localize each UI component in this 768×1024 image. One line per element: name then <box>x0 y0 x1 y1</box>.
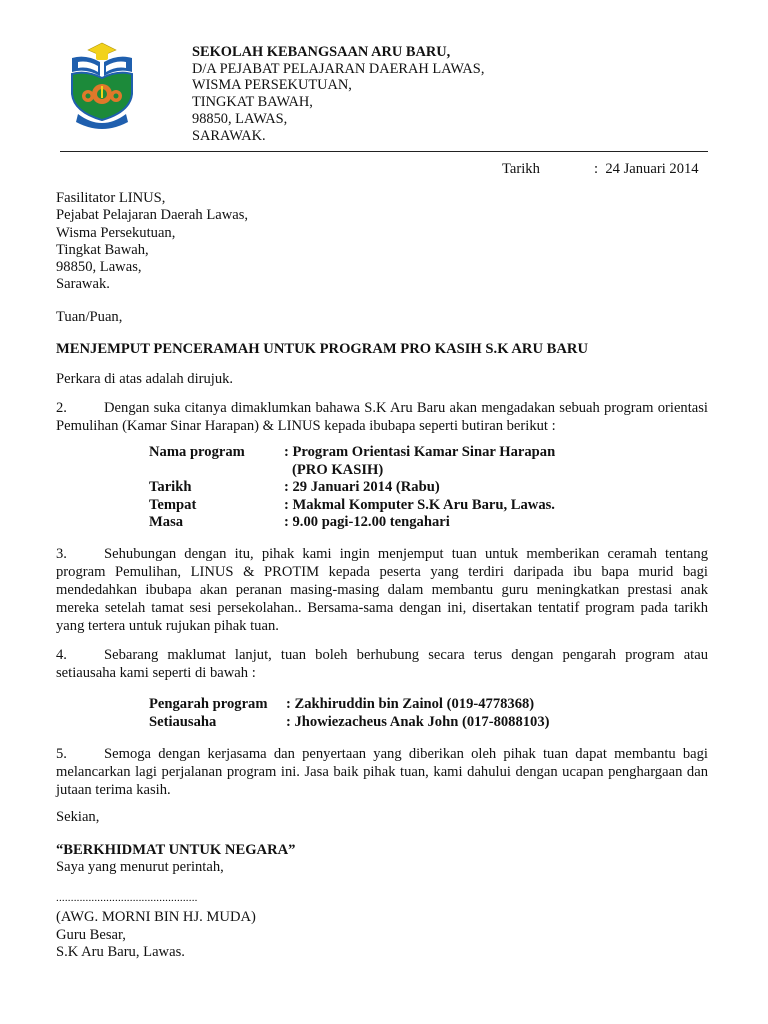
detail-value: : 9.00 pagi-12.00 tengahari <box>284 514 450 532</box>
letterhead-line: TINGKAT BAWAH, <box>192 94 484 111</box>
signatory-school: S.K Aru Baru, Lawas. <box>56 944 185 961</box>
detail-label: Nama program <box>149 444 284 462</box>
contact-row: Setiausaha : Jhowiezacheus Anak John (01… <box>149 714 550 732</box>
recipient-line: Fasilitator LINUS, <box>56 190 248 207</box>
detail-label: Tarikh <box>149 479 284 497</box>
letterhead-line: D/A PEJABAT PELAJARAN DAERAH LAWAS, <box>192 61 484 78</box>
signature-line: ........................................… <box>56 890 198 907</box>
contact-label: Setiausaha <box>149 714 286 732</box>
school-crest-icon <box>66 38 138 130</box>
detail-row: Tempat : Makmal Komputer S.K Aru Baru, L… <box>149 497 555 515</box>
detail-label: Tempat <box>149 497 284 515</box>
paragraph-number: 3. <box>56 545 104 563</box>
school-name: SEKOLAH KEBANGSAAN ARU BARU, <box>192 44 484 61</box>
paragraph-number: 5. <box>56 745 104 763</box>
paragraph-5: 5.Semoga dengan kerjasama dan penyertaan… <box>56 745 708 799</box>
contact-value: : Jhowiezacheus Anak John (017-8088103) <box>286 714 550 732</box>
recipient-line: 98850, Lawas, <box>56 259 248 276</box>
contact-label: Pengarah program <box>149 696 286 714</box>
signatory-position: Guru Besar, <box>56 927 126 944</box>
paragraph-4: 4.Sebarang maklumat lanjut, tuan boleh b… <box>56 646 708 682</box>
closing-sekian: Sekian, <box>56 809 99 826</box>
header-divider <box>60 151 708 152</box>
date-separator: : <box>594 161 598 177</box>
paragraph-text: Sebarang maklumat lanjut, tuan boleh ber… <box>56 647 708 681</box>
detail-value: : Program Orientasi Kamar Sinar Harapan <box>284 444 555 462</box>
reference-line: Perkara di atas adalah dirujuk. <box>56 370 708 388</box>
recipient-line: Wisma Persekutuan, <box>56 225 248 242</box>
letterhead-line: 98850, LAWAS, <box>192 111 484 128</box>
detail-row: Masa : 9.00 pagi-12.00 tengahari <box>149 514 555 532</box>
recipient-line: Pejabat Pelajaran Daerah Lawas, <box>56 207 248 224</box>
recipient-address: Fasilitator LINUS, Pejabat Pelajaran Dae… <box>56 190 248 294</box>
detail-label: Masa <box>149 514 284 532</box>
paragraph-text: Sehubungan dengan itu, pihak kami ingin … <box>56 546 708 634</box>
letterhead-line: WISMA PERSEKUTUAN, <box>192 77 484 94</box>
detail-continuation: (PRO KASIH) <box>149 462 555 480</box>
detail-value: (PRO KASIH) <box>292 462 383 480</box>
program-details: Nama program : Program Orientasi Kamar S… <box>149 444 555 532</box>
detail-value: : 29 Januari 2014 (Rabu) <box>284 479 440 497</box>
detail-row: Tarikh : 29 Januari 2014 (Rabu) <box>149 479 555 497</box>
paragraph-text: Semoga dengan kerjasama dan penyertaan y… <box>56 746 708 798</box>
paragraph-number: 2. <box>56 399 104 417</box>
paragraph-text: Dengan suka citanya dimaklumkan bahawa S… <box>56 400 708 434</box>
closing-obedient: Saya yang menurut perintah, <box>56 859 224 876</box>
recipient-line: Tingkat Bawah, <box>56 242 248 259</box>
recipient-line: Sarawak. <box>56 276 248 293</box>
letter-subject: MENJEMPUT PENCERAMAH UNTUK PROGRAM PRO K… <box>56 341 588 358</box>
signatory-name: (AWG. MORNI BIN HJ. MUDA) <box>56 909 256 926</box>
contact-value: : Zakhiruddin bin Zainol (019-4778368) <box>286 696 534 714</box>
contact-details: Pengarah program : Zakhiruddin bin Zaino… <box>149 696 550 731</box>
contact-row: Pengarah program : Zakhiruddin bin Zaino… <box>149 696 550 714</box>
detail-value: : Makmal Komputer S.K Aru Baru, Lawas. <box>284 497 555 515</box>
letter-date: Tarikh: 24 Januari 2014 <box>502 161 699 178</box>
closing-motto: “BERKHIDMAT UNTUK NEGARA” <box>56 842 295 859</box>
date-value: 24 Januari 2014 <box>605 161 698 177</box>
detail-row: Nama program : Program Orientasi Kamar S… <box>149 444 555 462</box>
paragraph-2: 2.Dengan suka citanya dimaklumkan bahawa… <box>56 399 708 435</box>
letterhead: SEKOLAH KEBANGSAAN ARU BARU, D/A PEJABAT… <box>192 44 484 144</box>
paragraph-3: 3.Sehubungan dengan itu, pihak kami ingi… <box>56 545 708 635</box>
letterhead-line: SARAWAK. <box>192 128 484 145</box>
salutation: Tuan/Puan, <box>56 309 122 326</box>
date-label: Tarikh <box>502 161 594 178</box>
paragraph-number: 4. <box>56 646 104 664</box>
